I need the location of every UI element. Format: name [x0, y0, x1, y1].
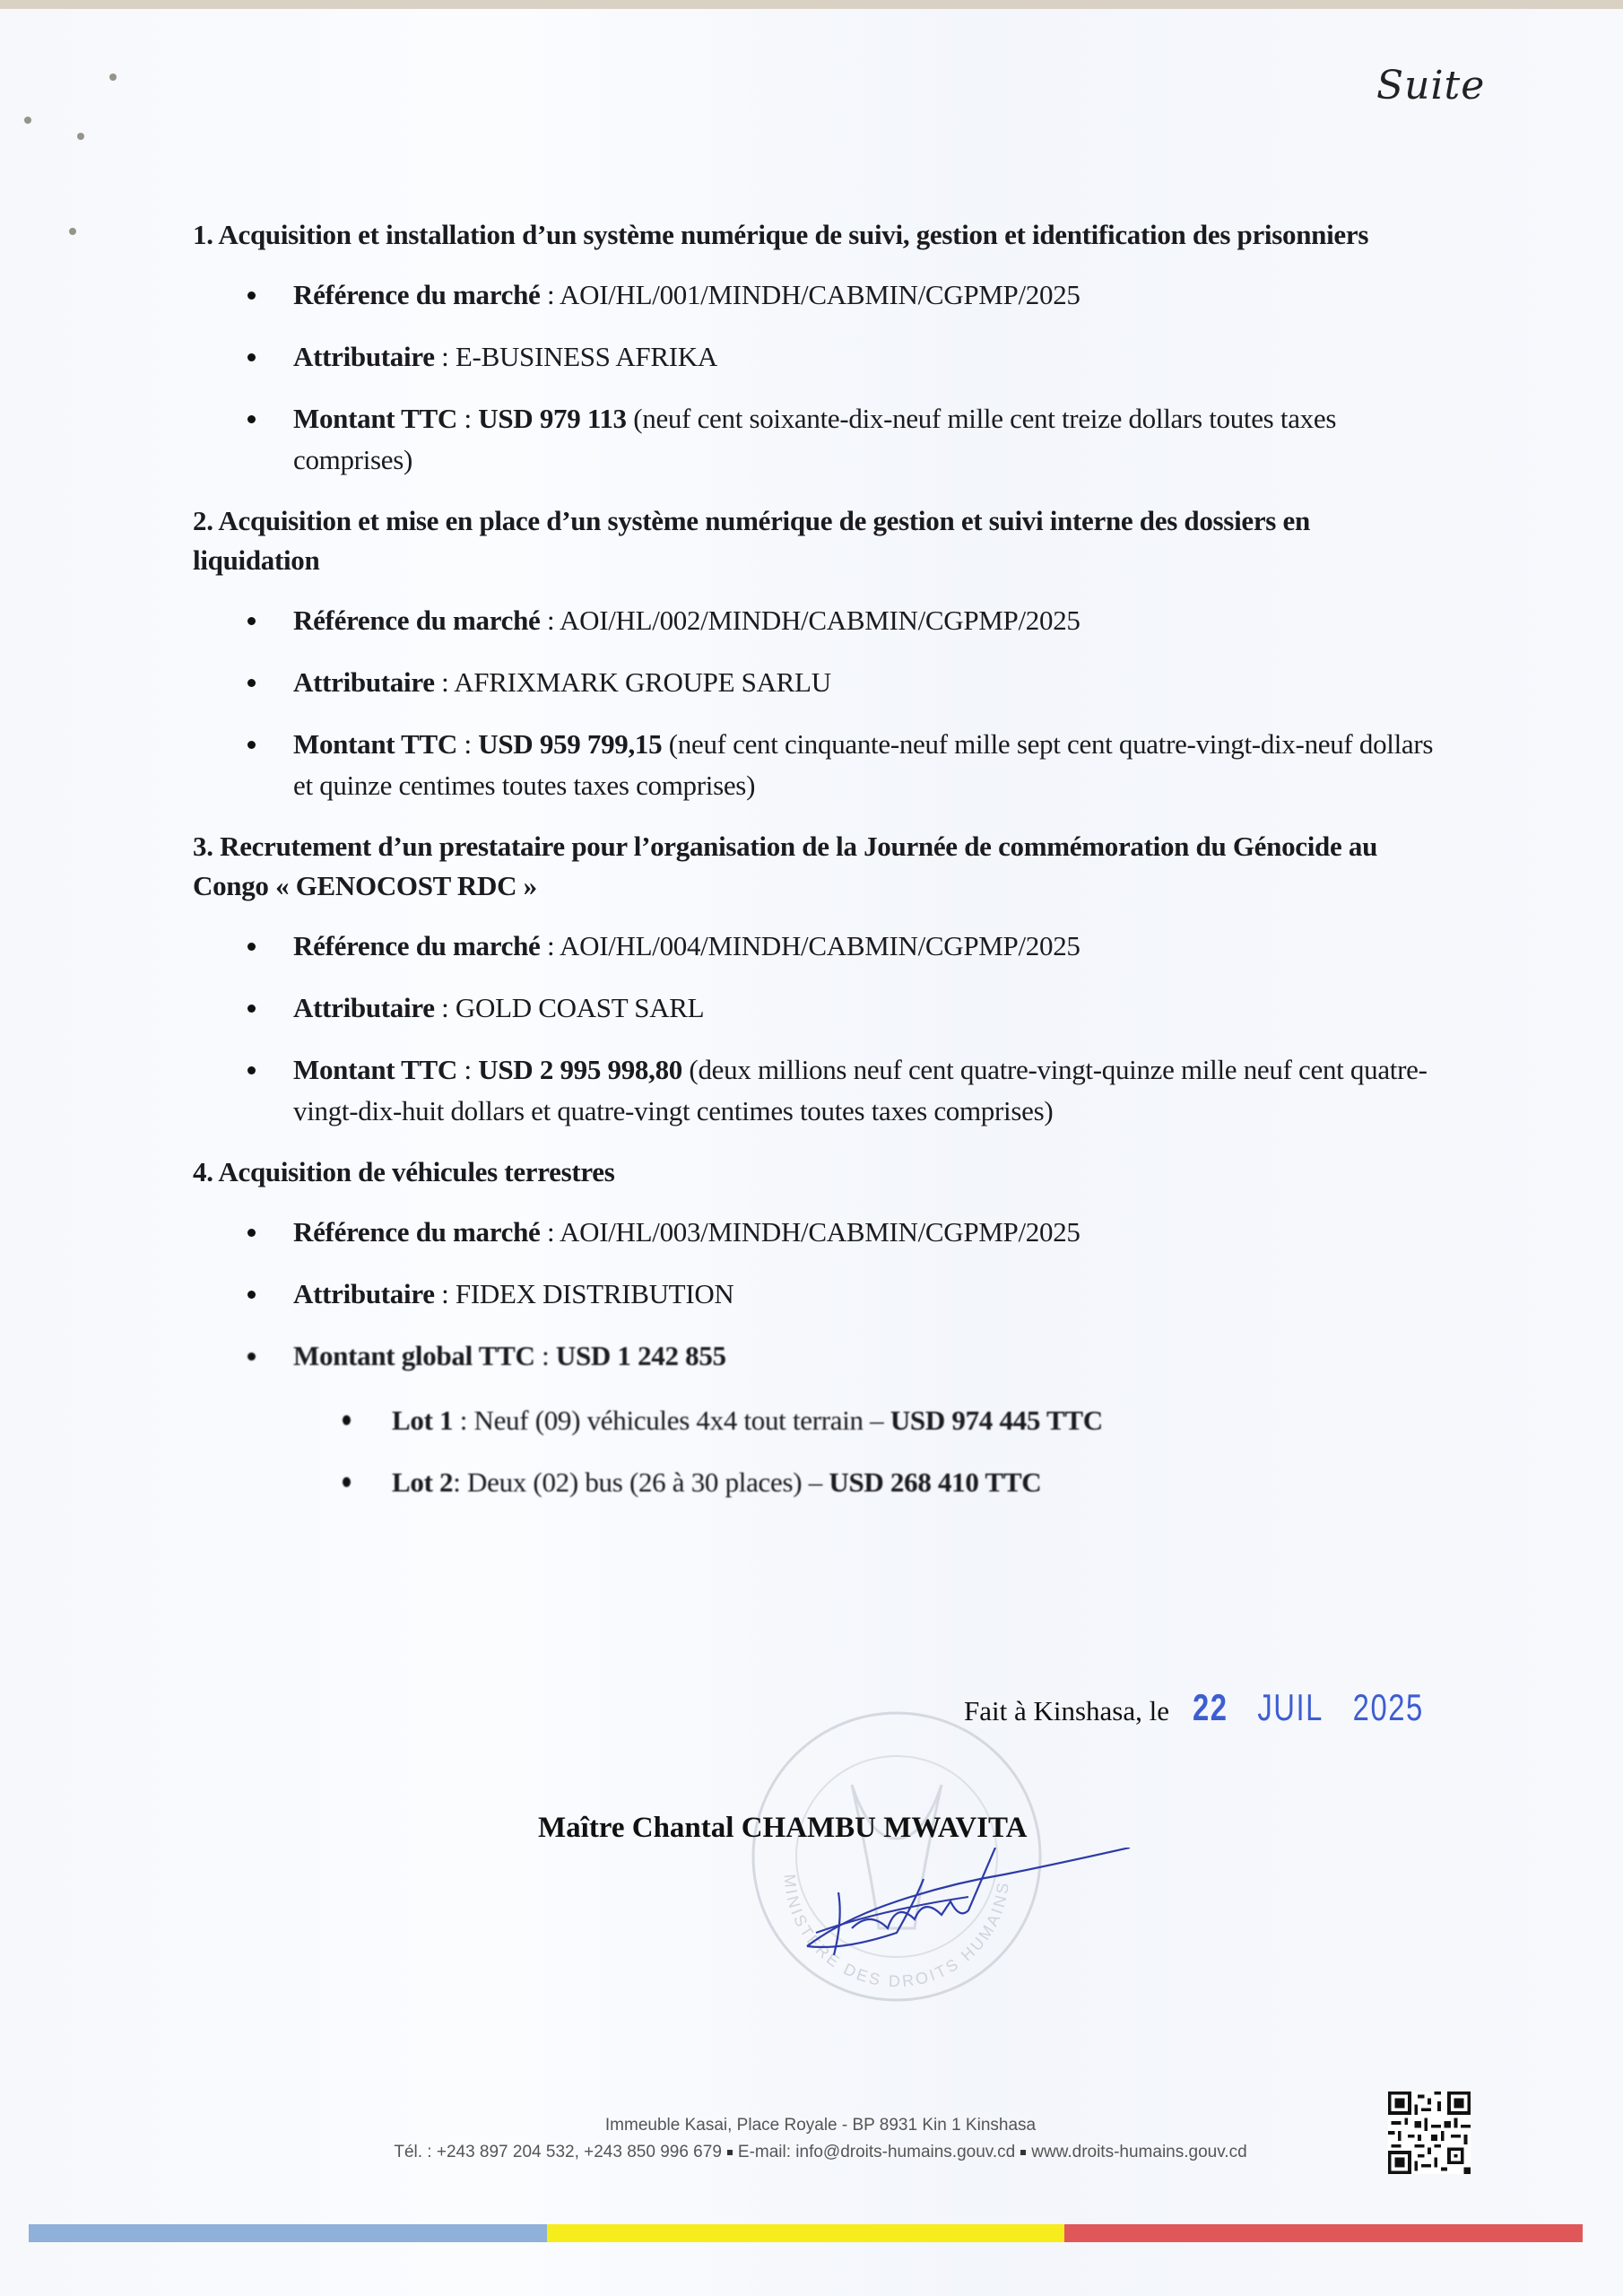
awardee-item: Attributaire : FIDEX DISTRIBUTION	[293, 1274, 1439, 1315]
lot-item: Lot 1 : Neuf (09) véhicules 4x4 tout ter…	[392, 1400, 1439, 1441]
footer-address: Immeuble Kasai, Place Royale - BP 8931 K…	[341, 2112, 1300, 2139]
footer-contacts: Tél. : +243 897 204 532, +243 850 996 67…	[341, 2139, 1300, 2166]
amount-item: Montant TTC : USD 959 799,15 (neuf cent …	[293, 724, 1439, 806]
letterhead-footer: Immeuble Kasai, Place Royale - BP 8931 K…	[341, 2112, 1300, 2166]
document-body: 1. Acquisition et installation d’un syst…	[193, 215, 1439, 1524]
lot-amount: USD 974 445 TTC	[890, 1405, 1103, 1436]
flag-bar-red	[1064, 2224, 1583, 2242]
place-text: Fait à Kinshasa, le	[964, 1695, 1169, 1727]
footer-email[interactable]: E-mail: info@droits-humains.gouv.cd	[738, 2143, 1015, 2161]
continuation-label: Suite	[1376, 63, 1485, 109]
amount-value: USD 979 113	[478, 403, 627, 434]
footer-phone: Tél. : +243 897 204 532, +243 850 996 67…	[394, 2143, 722, 2161]
lot-list: Lot 1 : Neuf (09) véhicules 4x4 tout ter…	[293, 1400, 1439, 1503]
qr-code	[1388, 2092, 1471, 2174]
reference-item: Référence du marché : AOI/HL/002/MINDH/C…	[293, 600, 1439, 641]
amount-value: USD 959 799,15	[478, 728, 662, 760]
awardee-value: GOLD COAST SARL	[456, 992, 704, 1023]
flag-bar-blue	[29, 2224, 547, 2242]
awardee-value: E-BUSINESS AFRIKA	[456, 341, 717, 372]
contract-section-2: 2. Acquisition et mise en place d’un sys…	[193, 501, 1439, 806]
amount-words: (deux millions neuf cent quatre-vingt-qu…	[293, 1054, 1428, 1126]
awardee-value: FIDEX DISTRIBUTION	[456, 1278, 734, 1309]
amount-item: Montant global TTC : USD 1 242 855 Lot 1…	[293, 1335, 1439, 1503]
date-stamp: 22 JUIL 2025	[1193, 1686, 1424, 1729]
reference-item: Référence du marché : AOI/HL/004/MINDH/C…	[293, 926, 1439, 967]
amount-item: Montant TTC : USD 979 113 (neuf cent soi…	[293, 398, 1439, 481]
reference-value: AOI/HL/004/MINDH/CABMIN/CGPMP/2025	[560, 930, 1081, 961]
punch-hole	[109, 74, 117, 81]
signature	[789, 1848, 1130, 1973]
flag-bar-yellow	[547, 2224, 1065, 2242]
amount-value: USD 1 242 855	[556, 1340, 726, 1371]
awardee-value: AFRIXMARK GROUPE SARLU	[454, 666, 831, 698]
signer-name: Maître Chantal CHAMBU MWAVITA	[538, 1812, 1027, 1845]
punch-hole	[77, 133, 84, 140]
punch-hole	[69, 228, 76, 235]
reference-item: Référence du marché : AOI/HL/003/MINDH/C…	[293, 1212, 1439, 1253]
amount-item: Montant TTC : USD 2 995 998,80 (deux mil…	[293, 1049, 1439, 1132]
contract-section-4: 4. Acquisition de véhicules terrestres R…	[193, 1152, 1439, 1503]
awardee-item: Attributaire : AFRIXMARK GROUPE SARLU	[293, 662, 1439, 703]
lot-item: Lot 2: Deux (02) bus (26 à 30 places) – …	[392, 1462, 1439, 1503]
scan-top-edge	[0, 0, 1623, 9]
punch-hole	[24, 117, 31, 124]
section-title: 3. Recrutement d’un prestataire pour l’o…	[193, 827, 1439, 906]
amount-value: USD 2 995 998,80	[478, 1054, 682, 1085]
section-title: 2. Acquisition et mise en place d’un sys…	[193, 501, 1439, 580]
contract-section-1: 1. Acquisition et installation d’un syst…	[193, 215, 1439, 481]
reference-value: AOI/HL/002/MINDH/CABMIN/CGPMP/2025	[560, 604, 1081, 636]
contract-section-3: 3. Recrutement d’un prestataire pour l’o…	[193, 827, 1439, 1132]
section-title: 4. Acquisition de véhicules terrestres	[193, 1152, 1439, 1192]
reference-item: Référence du marché : AOI/HL/001/MINDH/C…	[293, 274, 1439, 316]
flag-color-bar	[29, 2224, 1583, 2242]
awardee-item: Attributaire : GOLD COAST SARL	[293, 987, 1439, 1029]
awardee-item: Attributaire : E-BUSINESS AFRIKA	[293, 336, 1439, 378]
amount-words: (neuf cent cinquante-neuf mille sept cen…	[293, 728, 1433, 801]
footer-website[interactable]: www.droits-humains.gouv.cd	[1031, 2143, 1246, 2161]
section-title: 1. Acquisition et installation d’un syst…	[193, 215, 1439, 255]
place-and-date: Fait à Kinshasa, le 22 JUIL 2025	[964, 1686, 1489, 1729]
reference-value: AOI/HL/001/MINDH/CABMIN/CGPMP/2025	[560, 279, 1081, 310]
reference-value: AOI/HL/003/MINDH/CABMIN/CGPMP/2025	[560, 1216, 1081, 1248]
lot-amount: USD 268 410 TTC	[829, 1466, 1041, 1498]
